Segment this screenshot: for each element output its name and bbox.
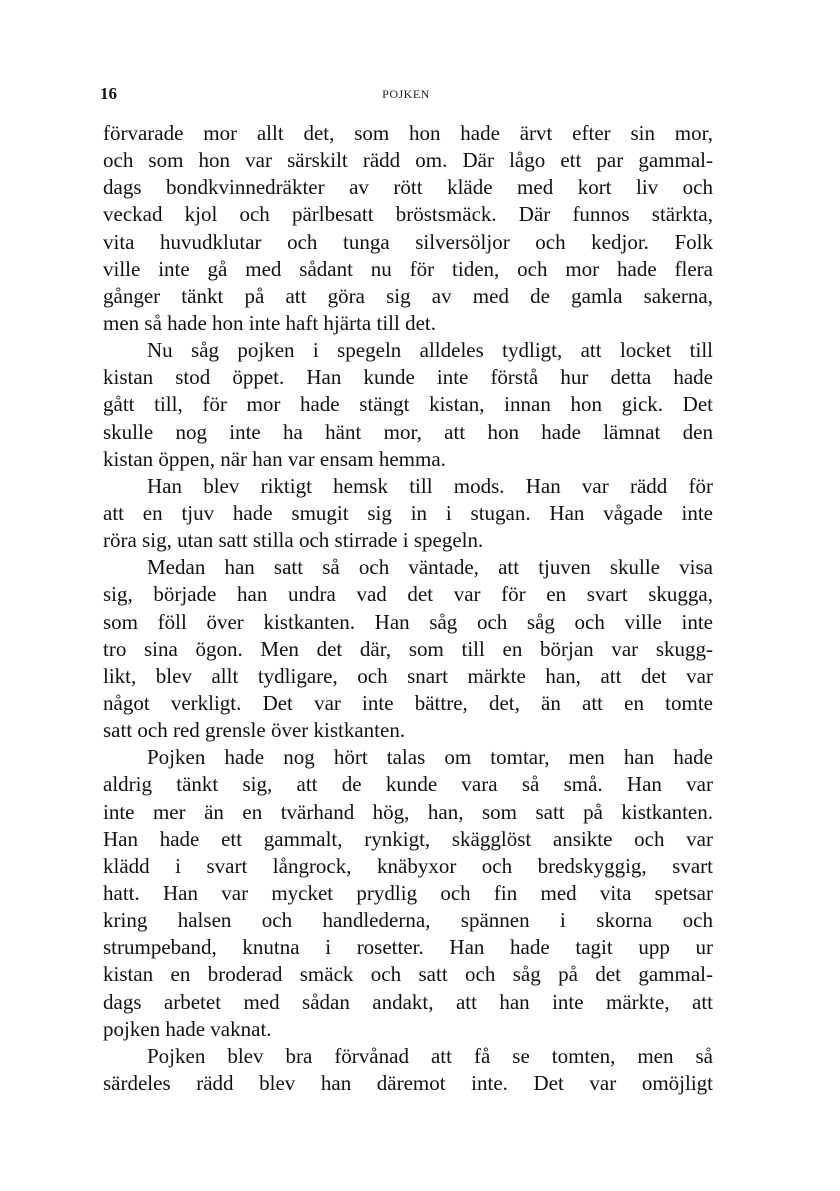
text-line: satt och red grensle över kistkanten. (103, 717, 713, 744)
text-line: kistan en broderad smäck och satt och så… (103, 961, 713, 988)
text-line: röra sig, utan satt stilla och stirrade … (103, 527, 713, 554)
text-line: kistan stod öppet. Han kunde inte förstå… (103, 364, 713, 391)
text-line: inte mer än en tvärhand hög, han, som sa… (103, 799, 713, 826)
text-line: att en tjuv hade smugit sig in i stugan.… (103, 500, 713, 527)
running-title: POJKEN (100, 87, 712, 102)
text-line: som föll över kistkanten. Han såg och så… (103, 609, 713, 636)
text-line: likt, blev allt tydligare, och snart mär… (103, 663, 713, 690)
text-line: pojken hade vaknat. (103, 1016, 713, 1043)
text-line: tro sina ögon. Men det där, som till en … (103, 636, 713, 663)
text-line: något verkligt. Det var inte bättre, det… (103, 690, 713, 717)
paragraph-first-line: Pojken hade nog hört talas om tomtar, me… (103, 744, 713, 771)
text-line: kring halsen och handlederna, spännen i … (103, 907, 713, 934)
text-line: strumpeband, knutna i rosetter. Han hade… (103, 934, 713, 961)
text-line: dags arbetet med sådan andakt, att han i… (103, 989, 713, 1016)
paragraph-first-line: Pojken blev bra förvånad att få se tomte… (103, 1043, 713, 1070)
book-page: 16 POJKEN förvarade mor allt det, som ho… (0, 0, 840, 1191)
text-line: hatt. Han var mycket prydlig och fin med… (103, 880, 713, 907)
text-line: gånger tänkt på att göra sig av med de g… (103, 283, 713, 310)
text-line: förvarade mor allt det, som hon hade ärv… (103, 120, 713, 147)
body-text: förvarade mor allt det, som hon hade ärv… (103, 120, 713, 1097)
text-line: Han hade ett gammalt, rynkigt, skägglöst… (103, 826, 713, 853)
text-line: gått till, för mor hade stängt kistan, i… (103, 391, 713, 418)
paragraph-first-line: Medan han satt så och väntade, att tjuve… (103, 554, 713, 581)
paragraph-first-line: Han blev riktigt hemsk till mods. Han va… (103, 473, 713, 500)
text-line: kistan öppen, när han var ensam hemma. (103, 446, 713, 473)
text-line: dags bondkvinnedräkter av rött kläde med… (103, 174, 713, 201)
text-line: särdeles rädd blev han däremot inte. Det… (103, 1070, 713, 1097)
text-line: aldrig tänkt sig, att de kunde vara så s… (103, 771, 713, 798)
text-line: klädd i svart långrock, knäbyxor och bre… (103, 853, 713, 880)
text-line: skulle nog inte ha hänt mor, att hon had… (103, 419, 713, 446)
paragraph-first-line: Nu såg pojken i spegeln alldeles tydligt… (103, 337, 713, 364)
text-line: ville inte gå med sådant nu för tiden, o… (103, 256, 713, 283)
text-line: vita huvudklutar och tunga silversöljor … (103, 229, 713, 256)
text-line: sig, började han undra vad det var för e… (103, 581, 713, 608)
text-line: och som hon var särskilt rädd om. Där lå… (103, 147, 713, 174)
page-header: 16 POJKEN (100, 84, 712, 108)
text-line: veckad kjol och pärlbesatt bröstsmäck. D… (103, 201, 713, 228)
text-line: men så hade hon inte haft hjärta till de… (103, 310, 713, 337)
